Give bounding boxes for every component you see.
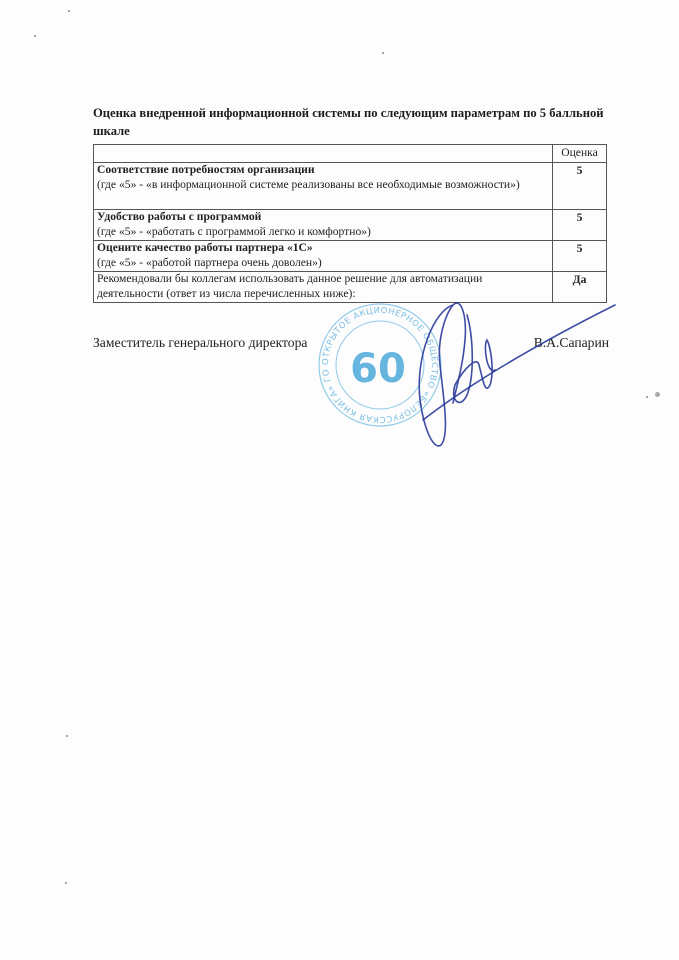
header-criterion [94, 145, 553, 163]
scan-speck [34, 35, 36, 37]
table-row: Удобство работы с программой (где «5» - … [94, 210, 607, 241]
table-header-row: Оценка [94, 145, 607, 163]
scan-speck [65, 882, 67, 884]
page-title: Оценка внедренной информационной системы… [93, 104, 613, 140]
header-score: Оценка [553, 145, 607, 163]
score-cell: 5 [553, 241, 607, 272]
scan-speck [646, 396, 648, 398]
criterion-cell: Удобство работы с программой (где «5» - … [94, 210, 553, 241]
criterion-cell: Соответствие потребностям организации (г… [94, 163, 553, 210]
criterion-cell: Оцените качество работы партнера «1С» (г… [94, 241, 553, 272]
table-row: Оцените качество работы партнера «1С» (г… [94, 241, 607, 272]
criterion-title: Оцените качество работы партнера «1С» [97, 241, 549, 256]
criterion-title: Соответствие потребностям организации [97, 163, 549, 178]
score-cell: 5 [553, 210, 607, 241]
scan-speck [655, 392, 660, 397]
criterion-note: (где «5» - «работой партнера очень довол… [97, 256, 549, 271]
criterion-note: (где «5» - «в информационной системе реа… [97, 178, 549, 193]
scan-speck [382, 52, 384, 54]
criterion-title: Удобство работы с программой [97, 210, 549, 225]
handwritten-signature-icon [395, 285, 635, 455]
scan-speck [66, 735, 68, 737]
criterion-note: (где «5» - «работать с программой легко … [97, 225, 549, 240]
score-cell: 5 [553, 163, 607, 210]
evaluation-table: Оценка Соответствие потребностям организ… [93, 144, 607, 303]
table-row: Соответствие потребностям организации (г… [94, 163, 607, 210]
scan-speck [68, 10, 70, 12]
signatory-position: Заместитель генерального директора [93, 334, 307, 352]
